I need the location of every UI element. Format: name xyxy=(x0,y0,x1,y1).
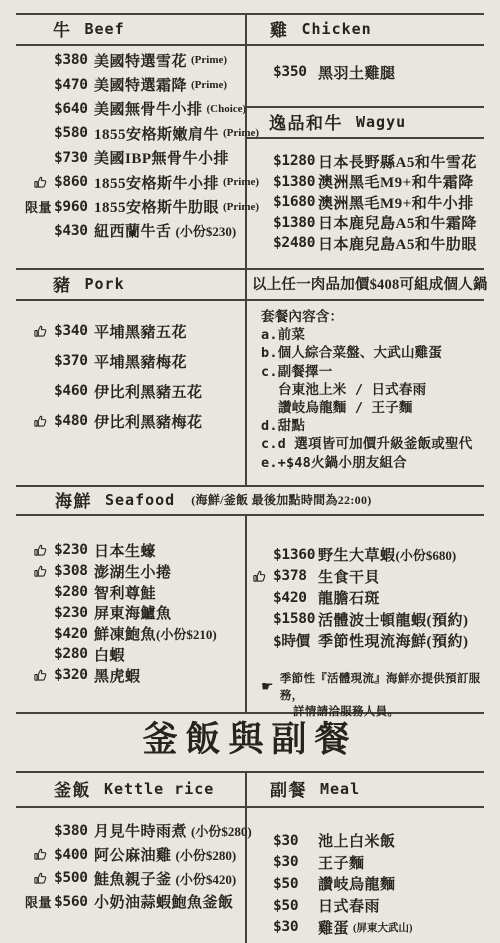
menu-item: $460 伊比利黑豬五花 xyxy=(16,376,245,406)
item-name: 鮭魚親子釜 xyxy=(94,868,172,889)
set-menu-line: c.副餐擇一 xyxy=(261,363,481,381)
section-title-en: Wagyu xyxy=(356,113,406,131)
item-name: 平埔黑豬五花 xyxy=(94,321,187,342)
item-price: $380 xyxy=(52,823,94,839)
item-name: 王子麵 xyxy=(318,852,365,873)
menu-item: $30 王子麵 xyxy=(245,852,484,874)
menu-item: $730 美國IBP無骨牛小排 xyxy=(16,146,245,170)
menu-item: 限量 $560 小奶油蒜蝦鮑魚釜飯 xyxy=(16,890,245,914)
item-name: 季節性現流海鮮(預約) xyxy=(318,630,469,651)
section-title-en: Pork xyxy=(85,275,125,293)
item-price: $480 xyxy=(52,413,94,429)
item-price: $30 xyxy=(271,854,318,870)
menu-item: $1280 日本長野縣A5和牛雪花 xyxy=(245,151,484,172)
section-title-zh: 釜飯 xyxy=(54,776,91,801)
item-price: $230 xyxy=(52,542,94,558)
section-title-en: Meal xyxy=(320,780,360,798)
section-header-pork: 豬 Pork xyxy=(16,268,125,299)
item-note: (屏東大武山) xyxy=(353,920,413,935)
item-name: 月見牛時雨煮 xyxy=(94,820,187,841)
item-name: 紐西蘭牛舌 xyxy=(94,220,172,241)
item-note: (小份$210) xyxy=(156,624,217,643)
set-menu-subline: 台東池上米 / 日式春雨 xyxy=(261,381,481,399)
page-title: 釜飯與副餐 xyxy=(0,712,500,762)
set-menu-contents: 套餐內容含： a.前菜 b.個人綜合菜盤、大武山雞蛋 c.副餐擇一 台東池上米 … xyxy=(261,308,481,472)
item-price: $430 xyxy=(52,223,94,239)
divider xyxy=(16,806,484,808)
pointing-hand-icon: ☛ xyxy=(261,679,274,696)
section-title-zh: 牛 xyxy=(53,16,72,41)
item-name: 澳洲黑毛M9+和牛霜降 xyxy=(318,171,474,192)
item-name: 伊比利黑豬五花 xyxy=(94,381,203,402)
section-header-seafood: 海鮮 Seafood (海鮮/釜飯 最後加點時間為22:00) xyxy=(16,485,372,514)
menu-item: $1580 活體波士頓龍蝦(預約) xyxy=(245,609,484,631)
meal-item-list: $30 池上白米飯 $30 王子麵 $50 讚岐烏龍麵 $50 日式春雨 $30… xyxy=(245,830,484,938)
menu-item: $時價 季節性現流海鮮(預約) xyxy=(245,630,484,652)
menu-item: $380 美國特選雪花 (Prime) xyxy=(16,48,245,72)
menu-item: $400 阿公麻油雞 (小份$280) xyxy=(16,843,245,867)
limited-tag: 限量 xyxy=(25,197,52,216)
item-name: 龍膽石斑 xyxy=(318,587,380,608)
menu-item: $340 平埔黑豬五花 xyxy=(16,316,245,346)
section-title-zh: 海鮮 xyxy=(55,487,92,512)
item-price: $280 xyxy=(52,584,94,600)
item-price: $340 xyxy=(52,323,94,339)
item-price: $308 xyxy=(52,563,94,579)
menu-item: $420 龍膽石斑 xyxy=(245,587,484,609)
limited-tag: 限量 xyxy=(25,892,52,911)
item-price: $460 xyxy=(52,383,94,399)
item-price: $580 xyxy=(52,125,94,141)
item-name: 鮮凍鮑魚 xyxy=(94,623,156,644)
item-name: 讚岐烏龍麵 xyxy=(318,873,396,894)
item-name: 美國無骨牛小排 xyxy=(94,98,203,119)
item-price: $640 xyxy=(52,101,94,117)
item-price: $2480 xyxy=(271,235,318,251)
thumbs-up-icon xyxy=(33,324,48,339)
menu-item: $860 1855安格斯牛小排 (Prime) xyxy=(16,170,245,194)
item-name: 雞蛋 xyxy=(318,917,349,938)
menu-item: $640 美國無骨牛小排 (Choice) xyxy=(16,97,245,121)
section-title-zh: 逸品和牛 xyxy=(269,109,343,134)
item-name: 白蝦 xyxy=(94,644,125,665)
item-price: $380 xyxy=(52,52,94,68)
menu-item: $420 鮮凍鮑魚 (小份$210) xyxy=(16,623,245,644)
menu-item: $280 智利尊鮭 xyxy=(16,582,245,603)
seafood-left-list: $230 日本生蠔 $308 澎湖生小捲 $280 智利尊鮭 $230 屏東海鱸… xyxy=(16,540,245,686)
thumbs-up-icon xyxy=(33,668,48,683)
item-name: 1855安格斯嫩肩牛 xyxy=(94,123,219,144)
section-header-meal: 副餐 Meal xyxy=(245,771,360,806)
section-title-en: Kettle rice xyxy=(104,780,214,798)
menu-item: $480 伊比利黑豬梅花 xyxy=(16,406,245,436)
section-header-kettle-rice: 釜飯 Kettle rice xyxy=(16,771,214,806)
item-price: $1680 xyxy=(271,194,318,210)
hotpot-upgrade-note: 以上任一肉品加價$408可組成個人鍋 xyxy=(252,268,488,299)
item-name: 伊比利黑豬梅花 xyxy=(94,411,203,432)
section-header-beef: 牛 Beef xyxy=(16,13,125,44)
item-price: $370 xyxy=(52,353,94,369)
menu-item: $430 紐西蘭牛舌 (小份$230) xyxy=(16,219,245,243)
item-name: 池上白米飯 xyxy=(318,830,396,851)
item-price: $470 xyxy=(52,77,94,93)
item-price: $1580 xyxy=(271,611,318,627)
seafood-right-list: $1360 野生大草蝦 (小份$680) $378 生食干貝 $420 龍膽石斑… xyxy=(245,544,484,652)
menu-item: $580 1855安格斯嫩肩牛 (Prime) xyxy=(16,121,245,145)
footnote-text: 季節性『活體現流』海鮮亦提供預訂服務， xyxy=(280,671,500,704)
menu-item: $320 黑虎蝦 xyxy=(16,665,245,686)
chicken-item-list: $350 黑羽土雞腿 xyxy=(245,60,484,84)
item-name: 澎湖生小捲 xyxy=(94,561,172,582)
section-header-chicken: 雞 Chicken xyxy=(245,13,372,44)
menu-item: $50 讚岐烏龍麵 xyxy=(245,873,484,895)
thumbs-up-icon xyxy=(33,847,48,862)
menu-item: $1380 澳洲黑毛M9+和牛霜降 xyxy=(245,172,484,193)
kettle-rice-item-list: $380 月見牛時雨煮 (小份$280) $400 阿公麻油雞 (小份$280)… xyxy=(16,819,245,914)
set-menu-line: e.+$48火鍋小朋友組合 xyxy=(261,454,481,472)
item-price: $30 xyxy=(271,833,318,849)
item-note: (小份$420) xyxy=(176,869,237,888)
thumbs-up-icon xyxy=(252,569,267,584)
thumbs-up-icon xyxy=(33,543,48,558)
item-price: $50 xyxy=(271,876,318,892)
thumbs-up-icon xyxy=(33,175,48,190)
item-name: 小奶油蒜蝦鮑魚釜飯 xyxy=(94,891,234,912)
item-price: $730 xyxy=(52,150,94,166)
item-note: (小份$680) xyxy=(396,545,457,564)
section-title-zh: 豬 xyxy=(53,271,72,296)
set-menu-line: a.前菜 xyxy=(261,326,481,344)
item-name: 日式春雨 xyxy=(318,895,380,916)
item-price: $1280 xyxy=(271,153,318,169)
menu-item: $230 日本生蠔 xyxy=(16,540,245,561)
item-price: $960 xyxy=(52,199,94,215)
item-name: 智利尊鮭 xyxy=(94,582,156,603)
item-price: $420 xyxy=(271,590,318,606)
menu-item: $280 白蝦 xyxy=(16,644,245,665)
item-price: $320 xyxy=(52,667,94,683)
item-note: (小份$230) xyxy=(176,221,237,240)
menu-item: $380 月見牛時雨煮 (小份$280) xyxy=(16,819,245,843)
menu-item: $230 屏東海鱸魚 xyxy=(16,602,245,623)
item-price: $1380 xyxy=(271,215,318,231)
set-menu-line: c.d 選項皆可加價升級釜飯或聖代 xyxy=(261,435,481,453)
item-note: (小份$280) xyxy=(176,845,237,864)
item-name: 活體波士頓龍蝦(預約) xyxy=(318,609,469,630)
item-price: $1360 xyxy=(271,547,318,563)
section-title-en: Beef xyxy=(85,20,125,38)
item-name: 野生大草蝦 xyxy=(318,544,396,565)
item-price: $280 xyxy=(52,646,94,662)
menu-item: $500 鮭魚親子釜 (小份$420) xyxy=(16,866,245,890)
set-menu-line: d.甜點 xyxy=(261,417,481,435)
item-name: 美國特選霜降 xyxy=(94,74,187,95)
item-note: (Prime) xyxy=(191,79,227,91)
item-name: 美國IBP無骨牛小排 xyxy=(94,147,229,168)
item-name: 阿公麻油雞 xyxy=(94,844,172,865)
item-note: (Prime) xyxy=(191,54,227,66)
divider xyxy=(245,137,484,139)
menu-item: $308 澎湖生小捲 xyxy=(16,561,245,582)
section-title-zh: 雞 xyxy=(270,16,289,41)
item-name: 美國特選雪花 xyxy=(94,50,187,71)
item-price: $420 xyxy=(52,626,94,642)
item-name: 平埔黑豬梅花 xyxy=(94,351,187,372)
menu-item: $1360 野生大草蝦 (小份$680) xyxy=(245,544,484,566)
pork-item-list: $340 平埔黑豬五花 $370 平埔黑豬梅花 $460 伊比利黑豬五花 $48… xyxy=(16,316,245,436)
last-order-note: (海鮮/釜飯 最後加點時間為22:00) xyxy=(191,491,371,508)
divider xyxy=(16,299,484,301)
item-name: 黑虎蝦 xyxy=(94,665,141,686)
set-menu-subline: 讚岐烏龍麵 / 王子麵 xyxy=(261,399,481,417)
menu-item: $1680 澳洲黑毛M9+和牛小排 xyxy=(245,192,484,213)
thumbs-up-icon xyxy=(33,871,48,886)
menu-item: $30 雞蛋 (屏東大武山) xyxy=(245,916,484,938)
item-price: $時價 xyxy=(271,630,318,651)
item-price: $860 xyxy=(52,174,94,190)
section-title-en: Seafood xyxy=(105,491,175,509)
section-header-wagyu: 逸品和牛 Wagyu xyxy=(245,106,406,137)
item-name: 日本鹿兒島A5和牛肋眼 xyxy=(318,233,477,254)
menu-item: $470 美國特選霜降 (Prime) xyxy=(16,72,245,96)
item-price: $378 xyxy=(271,568,318,584)
menu-item: 限量 $960 1855安格斯牛肋眼 (Prime) xyxy=(16,194,245,218)
beef-item-list: $380 美國特選雪花 (Prime) $470 美國特選霜降 (Prime) … xyxy=(16,48,245,243)
menu-item: $350 黑羽土雞腿 xyxy=(245,60,484,84)
set-menu-line: b.個人綜合菜盤、大武山雞蛋 xyxy=(261,344,481,362)
menu-page: 牛 Beef 雞 Chicken $380 美國特選雪花 (Prime) $47… xyxy=(0,0,500,943)
menu-item: $1380 日本鹿兒島A5和牛霜降 xyxy=(245,213,484,234)
item-price: $500 xyxy=(52,870,94,886)
item-price: $1380 xyxy=(271,174,318,190)
item-name: 1855安格斯牛肋眼 xyxy=(94,196,219,217)
divider xyxy=(16,514,484,516)
item-name: 生食干貝 xyxy=(318,566,380,587)
menu-item: $378 生食干貝 xyxy=(245,566,484,588)
item-name: 屏東海鱸魚 xyxy=(94,602,172,623)
item-name: 澳洲黑毛M9+和牛小排 xyxy=(318,192,474,213)
thumbs-up-icon xyxy=(33,414,48,429)
item-price: $400 xyxy=(52,847,94,863)
item-note: (小份$280) xyxy=(191,821,252,840)
item-name: 日本生蠔 xyxy=(94,540,156,561)
item-name: 日本長野縣A5和牛雪花 xyxy=(318,151,477,172)
item-price: $230 xyxy=(52,605,94,621)
wagyu-item-list: $1280 日本長野縣A5和牛雪花 $1380 澳洲黑毛M9+和牛霜降 $168… xyxy=(245,151,484,254)
menu-item: $2480 日本鹿兒島A5和牛肋眼 xyxy=(245,233,484,254)
divider xyxy=(16,44,484,46)
item-name: 1855安格斯牛小排 xyxy=(94,172,219,193)
thumbs-up-icon xyxy=(33,564,48,579)
menu-item: $370 平埔黑豬梅花 xyxy=(16,346,245,376)
item-price: $50 xyxy=(271,898,318,914)
section-title-en: Chicken xyxy=(302,20,372,38)
item-price: $350 xyxy=(271,64,318,80)
menu-item: $30 池上白米飯 xyxy=(245,830,484,852)
item-name: 日本鹿兒島A5和牛霜降 xyxy=(318,212,477,233)
item-name: 黑羽土雞腿 xyxy=(318,62,396,83)
menu-item: $50 日式春雨 xyxy=(245,895,484,917)
item-price: $30 xyxy=(271,919,318,935)
section-title-zh: 副餐 xyxy=(270,776,307,801)
set-menu-title: 套餐內容含： xyxy=(261,308,481,326)
item-price: $560 xyxy=(52,894,94,910)
item-note: (Choice) xyxy=(207,103,247,115)
